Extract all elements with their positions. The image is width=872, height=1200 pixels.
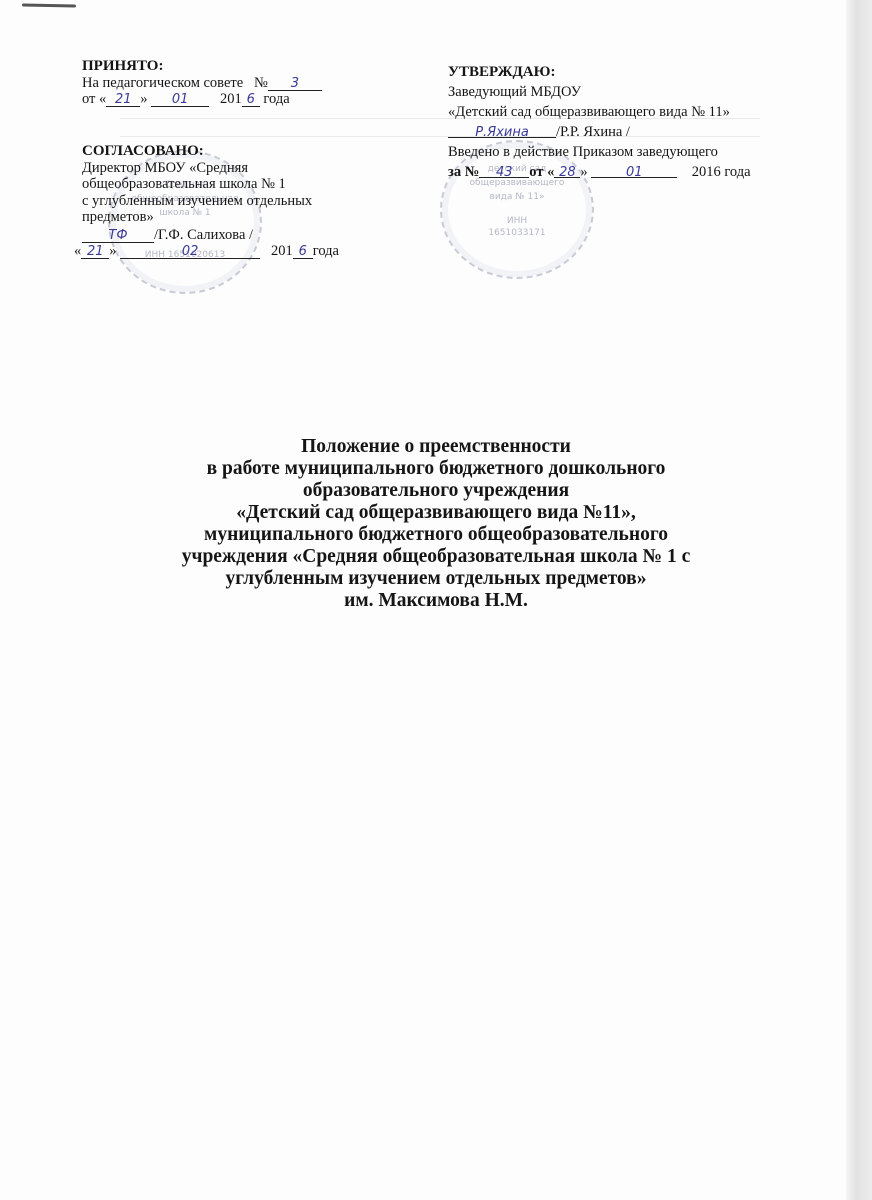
- date-close: »: [109, 243, 116, 259]
- date-close: »: [140, 91, 147, 107]
- title-line: муниципального бюджетного общеобразовате…: [100, 524, 772, 546]
- agreed-date-line: «21» 02 2016года: [74, 243, 339, 260]
- accepted-heading: ПРИНЯТО:: [82, 58, 322, 75]
- stamp-text: ИНН: [442, 216, 592, 226]
- year-word: года: [313, 243, 339, 259]
- document-title: Положение о преемственности в работе мун…: [100, 436, 772, 612]
- agreed-heading: СОГЛАСОВАНО:: [82, 143, 339, 160]
- protocol-number: 3: [291, 76, 299, 91]
- agreed-line: общеобразовательная школа № 1: [82, 176, 339, 193]
- accepted-date-line: от «21» 01 2016 года: [82, 91, 322, 108]
- enacted-line: Введено в действие Приказом заведующего: [448, 142, 751, 162]
- agreed-year-digit: 6: [299, 244, 307, 259]
- agreed-day: 21: [87, 244, 104, 259]
- date-open: «: [74, 243, 81, 259]
- number-sign: №: [254, 75, 268, 91]
- approved-line: «Детский сад общеразвивающего вида № 11»: [448, 102, 751, 122]
- order-month: 01: [626, 165, 643, 180]
- scan-artifact-line: [22, 4, 76, 8]
- agreed-line: Директор МБОУ «Средняя: [82, 160, 339, 177]
- approved-line: Заведующий МБДОУ: [448, 82, 751, 102]
- title-line: им. Максимова Н.М.: [100, 590, 772, 612]
- year-prefix: 201: [220, 91, 242, 107]
- title-line: «Детский сад общеразвивающего вида №11»,: [100, 502, 772, 524]
- date-close: »: [580, 164, 587, 180]
- stamp-text: вида № 11»: [442, 192, 592, 202]
- signature: ТФ: [108, 228, 127, 243]
- order-number: 43: [496, 165, 513, 180]
- approved-block: УТВЕРЖДАЮ: Заведующий МБДОУ «Детский сад…: [448, 62, 751, 182]
- order-day: 28: [559, 165, 576, 180]
- title-line: углубленным изучением отдельных предмето…: [100, 568, 772, 590]
- accepted-day: 21: [115, 92, 132, 107]
- council-label: На педагогическом совете: [82, 75, 243, 91]
- stamp-text: 1651033171: [442, 228, 592, 238]
- title-line: Положение о преемственности: [100, 436, 772, 458]
- scan-edge-shadow: [846, 0, 872, 1200]
- title-line: в работе муниципального бюджетного дошко…: [100, 458, 772, 480]
- approved-signature-line: Р.Яхина/Р.Р. Яхина /: [448, 122, 751, 142]
- order-label: за №: [448, 164, 479, 180]
- date-open: от «: [529, 164, 554, 180]
- title-line: учреждения «Средняя общеобразовательная …: [100, 546, 772, 568]
- title-line: образовательного учреждения: [100, 480, 772, 502]
- agreed-line: с углубленным изучением отдельных: [82, 193, 339, 210]
- signature: Р.Яхина: [475, 125, 529, 140]
- accepted-year-digit: 6: [247, 92, 255, 107]
- order-line: за №43от «28» 01 2016 года: [448, 162, 751, 182]
- year-word: года: [263, 91, 289, 107]
- approved-heading: УТВЕРЖДАЮ:: [448, 62, 751, 82]
- year-prefix: 201: [271, 243, 293, 259]
- agreed-block: СОГЛАСОВАНО: Директор МБОУ «Средняя обще…: [82, 143, 339, 260]
- signer-name: /Г.Ф. Салихова /: [154, 227, 253, 243]
- accepted-block: ПРИНЯТО: На педагогическом совете №3 от …: [82, 58, 322, 108]
- agreed-line: предметов»: [82, 209, 339, 226]
- agreed-month: 02: [182, 244, 199, 259]
- agreed-signature-line: ТФ/Г.Ф. Салихова /: [82, 227, 339, 244]
- accepted-council-line: На педагогическом совете №3: [82, 75, 322, 92]
- order-year: 2016 года: [692, 164, 751, 180]
- signer-name: /Р.Р. Яхина /: [556, 124, 630, 140]
- date-open: от «: [82, 91, 106, 107]
- accepted-month: 01: [172, 92, 189, 107]
